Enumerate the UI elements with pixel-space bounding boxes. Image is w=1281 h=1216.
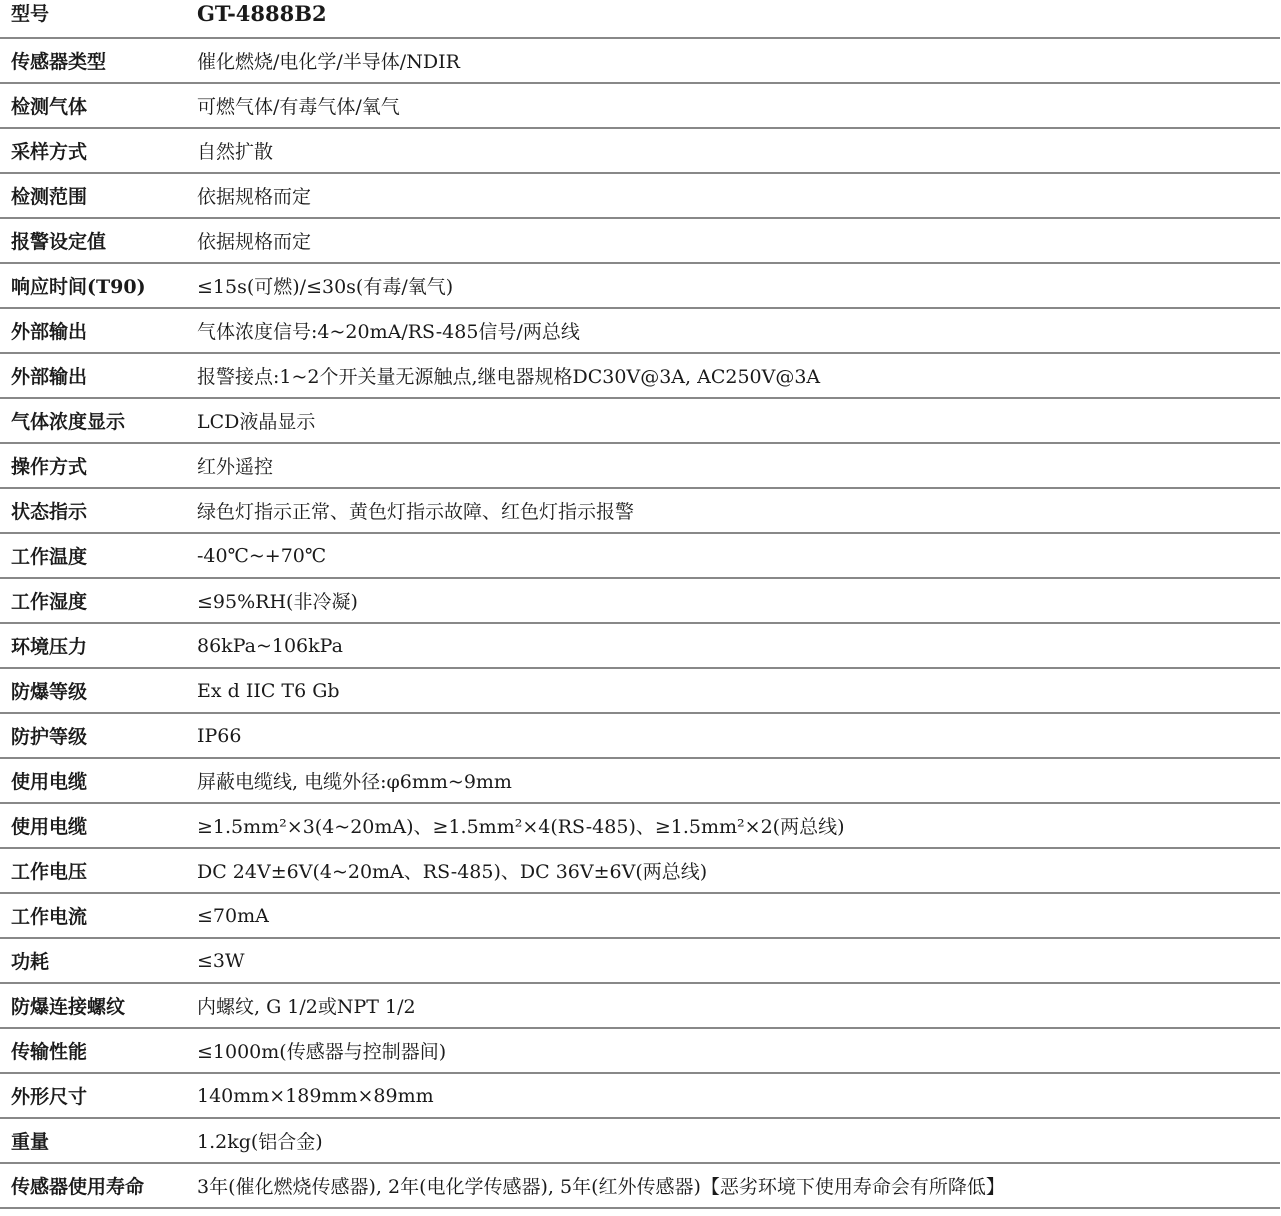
spec-row: 工作电压DC 24V±6V(4~20mA、RS-485)、DC 36V±6V(两…: [0, 849, 1280, 894]
spec-value: 绿色灯指示正常、黄色灯指示故障、红色灯指示报警: [197, 497, 634, 524]
spec-label: 外部输出: [0, 317, 197, 344]
spec-row: 使用电缆屏蔽电缆线, 电缆外径:φ6mm~9mm: [0, 759, 1280, 804]
spec-label: 状态指示: [0, 497, 197, 524]
spec-row: 传感器类型催化燃烧/电化学/半导体/NDIR: [0, 39, 1280, 84]
spec-label: 工作电流: [0, 902, 197, 929]
spec-label: 工作湿度: [0, 587, 197, 614]
spec-row: 报警设定值依据规格而定: [0, 219, 1280, 264]
spec-label: 重量: [0, 1127, 197, 1154]
spec-label: 功耗: [0, 947, 197, 974]
spec-row: 操作方式红外遥控: [0, 444, 1280, 489]
spec-value: 1.2kg(铝合金): [197, 1127, 323, 1154]
spec-value: LCD液晶显示: [197, 407, 315, 434]
spec-label: 工作电压: [0, 857, 197, 884]
spec-value: -40℃~+70℃: [197, 545, 326, 567]
spec-label: 传感器类型: [0, 47, 197, 74]
spec-value: 3年(催化燃烧传感器), 2年(电化学传感器), 5年(红外传感器)【恶劣环境下…: [197, 1172, 1005, 1199]
spec-value: 报警接点:1~2个开关量无源触点,继电器规格DC30V@3A, AC250V@3…: [197, 362, 820, 389]
spec-table: 型号 GT-4888B2 传感器类型催化燃烧/电化学/半导体/NDIR 检测气体…: [0, 0, 1280, 1209]
spec-label: 防护等级: [0, 722, 197, 749]
spec-label: 使用电缆: [0, 812, 197, 839]
spec-row: 工作电流≤70mA: [0, 894, 1280, 939]
spec-value: 140mm×189mm×89mm: [197, 1085, 434, 1107]
spec-value: 屏蔽电缆线, 电缆外径:φ6mm~9mm: [197, 767, 512, 794]
spec-row: 外部输出气体浓度信号:4~20mA/RS-485信号/两总线: [0, 309, 1280, 354]
spec-row: 传输性能≤1000m(传感器与控制器间): [0, 1029, 1280, 1074]
spec-value: 气体浓度信号:4~20mA/RS-485信号/两总线: [197, 317, 580, 344]
spec-row: 环境压力86kPa~106kPa: [0, 624, 1280, 669]
spec-value: 依据规格而定: [197, 182, 311, 209]
spec-value: ≤3W: [197, 950, 245, 972]
spec-row: 外形尺寸140mm×189mm×89mm: [0, 1074, 1280, 1119]
spec-value: 依据规格而定: [197, 227, 311, 254]
spec-row-model: 型号 GT-4888B2: [0, 0, 1280, 39]
spec-value: ≥1.5mm²×3(4~20mA)、≥1.5mm²×4(RS-485)、≥1.5…: [197, 812, 845, 839]
spec-label: 响应时间(T90): [0, 272, 197, 299]
spec-row: 外部输出报警接点:1~2个开关量无源触点,继电器规格DC30V@3A, AC25…: [0, 354, 1280, 399]
spec-row: 工作湿度≤95%RH(非冷凝): [0, 579, 1280, 624]
spec-value: ≤1000m(传感器与控制器间): [197, 1037, 446, 1064]
spec-value: 催化燃烧/电化学/半导体/NDIR: [197, 47, 460, 74]
spec-value: ≤15s(可燃)/≤30s(有毒/氧气): [197, 272, 453, 299]
spec-row: 使用电缆≥1.5mm²×3(4~20mA)、≥1.5mm²×4(RS-485)、…: [0, 804, 1280, 849]
spec-label: 检测气体: [0, 92, 197, 119]
spec-label: 防爆等级: [0, 677, 197, 704]
spec-value: 自然扩散: [197, 137, 273, 164]
spec-label: 工作温度: [0, 542, 197, 569]
spec-label: 使用电缆: [0, 767, 197, 794]
spec-value: IP66: [197, 725, 241, 747]
spec-label: 型号: [0, 0, 197, 28]
spec-label: 外部输出: [0, 362, 197, 389]
spec-label: 传输性能: [0, 1037, 197, 1064]
spec-label: 操作方式: [0, 452, 197, 479]
spec-row: 工作温度-40℃~+70℃: [0, 534, 1280, 579]
spec-value: ≤70mA: [197, 905, 269, 927]
spec-label: 环境压力: [0, 632, 197, 659]
spec-row: 功耗≤3W: [0, 939, 1280, 984]
spec-label: 检测范围: [0, 182, 197, 209]
spec-label: 外形尺寸: [0, 1082, 197, 1109]
spec-label: 防爆连接螺纹: [0, 992, 197, 1019]
spec-value: ≤95%RH(非冷凝): [197, 587, 358, 614]
spec-label: 气体浓度显示: [0, 407, 197, 434]
spec-row: 检测范围依据规格而定: [0, 174, 1280, 219]
spec-value: Ex d IIC T6 Gb: [197, 680, 340, 702]
spec-value: 86kPa~106kPa: [197, 635, 343, 657]
spec-value: 可燃气体/有毒气体/氧气: [197, 92, 400, 119]
spec-value: GT-4888B2: [197, 0, 327, 28]
spec-row: 检测气体可燃气体/有毒气体/氧气: [0, 84, 1280, 129]
spec-value: DC 24V±6V(4~20mA、RS-485)、DC 36V±6V(两总线): [197, 857, 707, 884]
spec-row: 气体浓度显示LCD液晶显示: [0, 399, 1280, 444]
spec-label: 传感器使用寿命: [0, 1172, 197, 1199]
spec-row: 重量1.2kg(铝合金): [0, 1119, 1280, 1164]
spec-row: 采样方式自然扩散: [0, 129, 1280, 174]
spec-label: 报警设定值: [0, 227, 197, 254]
spec-row: 状态指示绿色灯指示正常、黄色灯指示故障、红色灯指示报警: [0, 489, 1280, 534]
spec-row: 响应时间(T90)≤15s(可燃)/≤30s(有毒/氧气): [0, 264, 1280, 309]
spec-value: 内螺纹, G 1/2或NPT 1/2: [197, 992, 416, 1019]
spec-row: 防爆连接螺纹内螺纹, G 1/2或NPT 1/2: [0, 984, 1280, 1029]
spec-row: 防爆等级Ex d IIC T6 Gb: [0, 669, 1280, 714]
spec-row: 防护等级IP66: [0, 714, 1280, 759]
spec-label: 采样方式: [0, 137, 197, 164]
spec-value: 红外遥控: [197, 452, 273, 479]
spec-row: 传感器使用寿命3年(催化燃烧传感器), 2年(电化学传感器), 5年(红外传感器…: [0, 1164, 1280, 1209]
